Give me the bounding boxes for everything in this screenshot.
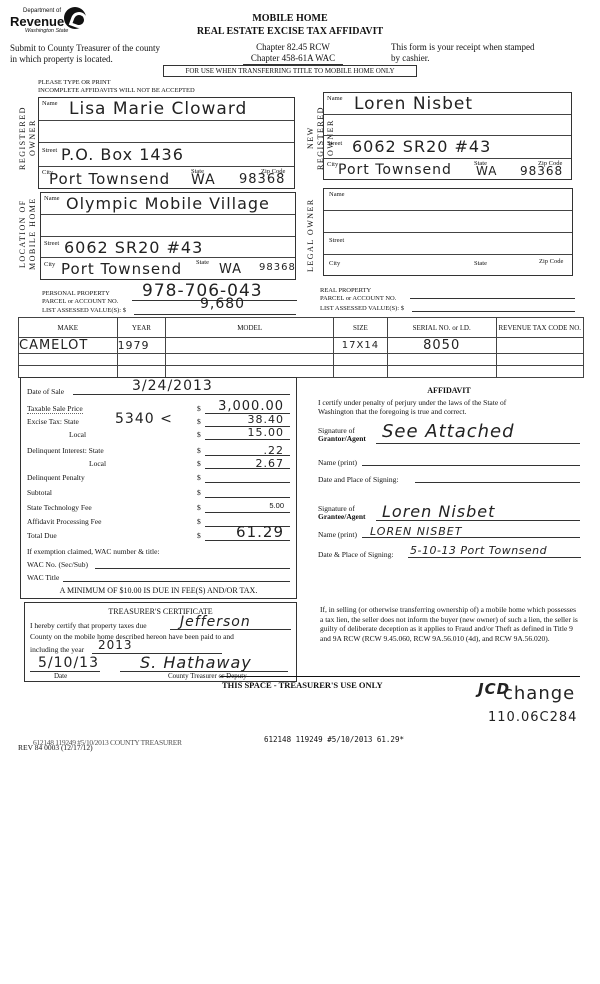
table-row <box>19 366 584 378</box>
grantee-name-value: LOREN NISBET <box>370 525 462 538</box>
grantee-date-field[interactable]: Date & Place of Signing: 5-10-13 Port To… <box>318 544 593 560</box>
county-value: Jefferson <box>180 614 251 630</box>
cell-model[interactable] <box>166 354 334 366</box>
cell-size[interactable]: 17X14 <box>333 338 387 354</box>
city-label: City <box>329 260 340 267</box>
treasurer-use-rule <box>220 676 580 677</box>
new-owner-city-field[interactable]: City Port Townsend State WA Zip Code 983… <box>324 159 571 180</box>
delinquent-penalty-row[interactable]: Delinquent Penalty $ <box>27 471 290 484</box>
submit-note-line1: Submit to County Treasurer of the county <box>10 43 160 54</box>
grantee-date-label: Date & Place of Signing: <box>318 550 393 559</box>
legal-owner-street-field[interactable]: Street <box>324 233 572 255</box>
logo-revenue-text: Revenue <box>10 14 64 29</box>
receipt-note-line2: by cashier. <box>391 53 534 64</box>
receipt-note: This form is your receipt when stamped b… <box>391 42 534 64</box>
location-name-field[interactable]: Name Olympic Mobile Village <box>41 193 295 215</box>
dollar-sign: $ <box>197 404 201 413</box>
grantee-signature-label: Signature of Grantee/Agent <box>318 505 366 521</box>
grantee-name-field[interactable]: Name (print) LOREN NISBET <box>318 526 580 540</box>
receipt-overprint: 612148 119249 #5/10/2013 COUNTY TREASURE… <box>33 738 182 747</box>
cell-revenue-code[interactable] <box>496 354 583 366</box>
cell-model[interactable] <box>166 338 334 354</box>
wac-no-value <box>95 559 290 569</box>
certify-taxes-text: I hereby certify that property taxes due <box>30 621 147 630</box>
delinquent-penalty-label: Delinquent Penalty <box>27 473 85 482</box>
cell-year[interactable]: 1979 <box>117 338 166 354</box>
parcel-label-line1: REAL PROPERTY <box>320 287 396 295</box>
dollar-sign: $ <box>197 417 201 426</box>
affidavit-certify: I certify under penalty of perjury under… <box>318 398 580 416</box>
wac-no-label: WAC No. (Sec/Sub) <box>27 560 88 569</box>
location-assessed-label: LIST ASSESSED VALUE(S): $ <box>42 307 126 314</box>
location-side-label: LOCATION OF MOBILE HOME <box>18 192 38 276</box>
dor-swoosh-icon <box>64 7 86 29</box>
cell-year[interactable] <box>117 366 166 378</box>
registered-owner-name-field[interactable]: Name Lisa Marie Cloward <box>39 98 294 121</box>
location-street: 6062 SR20 #43 <box>64 238 203 257</box>
subtotal-label: Subtotal <box>27 488 52 497</box>
name-label: Name <box>44 195 60 202</box>
legal-assessed-field[interactable] <box>412 303 575 312</box>
mobile-home-table: MAKE YEAR MODEL SIZE SERIAL NO. or I.D. … <box>18 317 584 378</box>
date-of-sale-value: 3/24/2013 <box>132 378 213 394</box>
registered-owner-name: Lisa Marie Cloward <box>69 99 247 119</box>
certify-line1: I certify under penalty of perjury under… <box>318 398 580 407</box>
treasurer-certificate-box: TREASURER'S CERTIFICATE I hereby certify… <box>24 602 297 682</box>
grantor-date-field[interactable]: Date and Place of Signing: <box>318 473 580 485</box>
table-header-row: MAKE YEAR MODEL SIZE SERIAL NO. or I.D. … <box>19 318 584 338</box>
grantor-name-value <box>362 456 580 466</box>
subtotal-value <box>205 486 290 498</box>
side-label-line1: LOCATION OF <box>18 200 27 269</box>
form-title: MOBILE HOME REAL ESTATE EXCISE TAX AFFID… <box>180 12 400 38</box>
grantor-sig-label-line2: Grantor/Agent <box>318 435 366 443</box>
dollar-sign: $ <box>197 459 201 468</box>
delinquent-interest-state-value: .22 <box>205 444 290 456</box>
location-city: Port Townsend <box>61 260 182 278</box>
location-parcel-label: PERSONAL PROPERTY PARCEL or ACCOUNT NO. <box>42 290 118 306</box>
delinquent-interest-local-label: Local <box>89 459 106 468</box>
city-label: City <box>327 161 338 168</box>
delinquent-interest-local-row[interactable]: Local $ 2.67 <box>27 457 290 470</box>
dollar-sign: $ <box>197 503 201 512</box>
new-owner-street: 6062 SR20 #43 <box>352 137 491 156</box>
side-label-line1: LEGAL OWNER <box>306 198 315 272</box>
location-city-field[interactable]: City Port Townsend State WA 98368 <box>41 258 295 280</box>
form-title-line2: REAL ESTATE EXCISE TAX AFFIDAVIT <box>180 25 400 38</box>
location-zip: 98368 <box>259 262 296 273</box>
delinquent-interest-state-row[interactable]: Delinquent Interest: State $ .22 <box>27 444 290 457</box>
new-owner-name-field[interactable]: Name Loren Nisbet <box>324 93 571 115</box>
registered-owner-street: P.O. Box 1436 <box>61 145 184 164</box>
new-owner-street-field[interactable]: Street 6062 SR20 #43 <box>324 136 571 159</box>
grantor-name-field[interactable]: Name (print) <box>318 456 580 468</box>
parcel-label-line2: PARCEL or ACCOUNT NO. <box>42 298 118 306</box>
year-value: 2013 <box>98 638 133 652</box>
parcel-label-line2: PARCEL or ACCOUNT NO. <box>320 295 396 303</box>
grantor-signature-field[interactable]: Signature of Grantor/Agent See Attached <box>318 423 580 445</box>
excise-tax-local-value: 15.00 <box>205 428 290 440</box>
grantee-name-label: Name (print) <box>318 530 357 539</box>
street-label: Street <box>42 147 57 154</box>
delinquent-interest-state-label: Delinquent Interest: State <box>27 446 104 455</box>
dollar-sign: $ <box>197 446 201 455</box>
dollar-sign: $ <box>197 473 201 482</box>
financial-box: Date of Sale 3/24/2013 Taxable Sale Pric… <box>20 377 297 599</box>
dollar-sign: $ <box>197 488 201 497</box>
legal-parcel-field[interactable] <box>410 290 575 299</box>
taxable-sale-price-label: Taxable Sale Price <box>27 404 83 414</box>
instruction-incomplete: INCOMPLETE AFFIDAVITS WILL NOT BE ACCEPT… <box>38 87 195 95</box>
new-owner-box: Name Loren Nisbet Street 6062 SR20 #43 C… <box>323 92 572 180</box>
col-serial: SERIAL NO. or I.D. <box>387 318 496 338</box>
excise-tax-state-label: Excise Tax: State <box>27 417 79 426</box>
cell-year[interactable] <box>117 354 166 366</box>
city-label: City <box>44 261 55 268</box>
cell-serial[interactable] <box>387 366 496 378</box>
location-name: Olympic Mobile Village <box>66 194 270 213</box>
excise-tax-local-label: Local <box>69 430 86 439</box>
wac-title-label: WAC Title <box>27 573 59 582</box>
chapter-wac: Chapter 458-61A WAC <box>243 53 343 65</box>
name-label: Name <box>327 95 343 102</box>
grantor-signature: See Attached <box>382 421 515 442</box>
registered-owner-box: Name Lisa Marie Cloward Street P.O. Box … <box>38 97 295 189</box>
transfer-banner: FOR USE WHEN TRANSFERRING TITLE TO MOBIL… <box>163 65 417 77</box>
cell-size[interactable] <box>333 354 387 366</box>
state-technology-fee-value: 5.00 <box>205 501 290 513</box>
logo-state-text: Washington State <box>25 28 68 34</box>
grantor-date-label: Date and Place of Signing: <box>318 475 398 484</box>
cell-make[interactable]: CAMELOT <box>19 338 118 354</box>
registered-owner-city-field[interactable]: City Port Townsend State WA Zip Code 983… <box>39 167 294 189</box>
treasurer-note-code: 110.06C284 <box>488 710 577 725</box>
instruction-type-print: PLEASE TYPE OR PRINT <box>38 79 195 87</box>
dollar-sign: $ <box>197 531 201 540</box>
excise-tax-local-row[interactable]: Local $ 15.00 <box>27 428 290 441</box>
name-label: Name <box>42 100 58 107</box>
location-name-line2[interactable] <box>41 215 295 237</box>
treasurer-note-change: change <box>503 683 575 704</box>
cell-make[interactable] <box>19 366 118 378</box>
submit-note-line2: in which property is located. <box>10 54 160 65</box>
state-label: State <box>196 259 209 266</box>
instructions: PLEASE TYPE OR PRINT INCOMPLETE AFFIDAVI… <box>38 79 195 95</box>
legal-owner-box: Name Street City State Zip Code <box>323 188 573 276</box>
wac-no-field[interactable]: WAC No. (Sec/Sub) <box>27 559 290 571</box>
chapter-rcw: Chapter 82.45 RCW <box>243 42 343 53</box>
dollar-sign: $ <box>197 430 201 439</box>
col-model: MODEL <box>166 318 334 338</box>
street-label: Street <box>44 240 59 247</box>
side-label-line1: REGISTERED <box>18 106 27 170</box>
tax-code-handwritten-note: 5340 < <box>115 411 173 427</box>
legal-owner-city-field[interactable]: City State Zip Code <box>324 255 572 276</box>
col-make: MAKE <box>19 318 118 338</box>
registered-owner-name-line2[interactable] <box>39 121 294 143</box>
including-year-text: including the year <box>30 645 84 654</box>
cell-serial[interactable]: 8050 <box>387 338 496 354</box>
subtotal-row[interactable]: Subtotal $ <box>27 486 290 499</box>
total-due-row[interactable]: Total Due $ 61.29 <box>27 529 290 542</box>
col-year: YEAR <box>117 318 166 338</box>
wac-title-value <box>63 572 290 582</box>
treasurer-signature: S. Hathaway <box>140 653 252 672</box>
date-of-sale-field[interactable]: Date of Sale 3/24/2013 <box>27 382 290 396</box>
treasurer-use-label: THIS SPACE - TREASURER'S USE ONLY <box>222 680 383 690</box>
cell-make[interactable] <box>19 354 118 366</box>
state-technology-fee-row[interactable]: State Technology Fee $ 5.00 <box>27 501 290 514</box>
treasurer-date-field[interactable]: 5/10/13 Date <box>30 657 100 679</box>
tax-lien-notice: If, in selling (or otherwise transferrin… <box>320 605 580 643</box>
legal-assessed-label: LIST ASSESSED VALUE(S): $ <box>320 305 404 312</box>
name-label: Name <box>329 191 345 198</box>
grantee-date-value: 5-10-13 Port Townsend <box>410 544 547 557</box>
receipt-note-line1: This form is your receipt when stamped <box>391 42 534 53</box>
delinquent-penalty-value <box>205 471 290 483</box>
wac-title-field[interactable]: WAC Title <box>27 572 290 584</box>
location-street-field[interactable]: Street 6062 SR20 #43 <box>41 237 295 258</box>
grantor-name-label: Name (print) <box>318 458 357 467</box>
table-row <box>19 354 584 366</box>
street-label: Street <box>327 140 342 147</box>
new-owner-state: WA <box>476 164 497 178</box>
form-title-line1: MOBILE HOME <box>180 12 400 25</box>
total-due-label: Total Due <box>27 531 57 540</box>
treasurer-date-label: Date <box>54 672 67 680</box>
side-label-line2: MOBILE HOME <box>28 198 37 271</box>
registered-owner-street-field[interactable]: Street P.O. Box 1436 <box>39 143 294 167</box>
grantee-sig-label-line2: Grantee/Agent <box>318 513 366 521</box>
table-row: CAMELOT 1979 17X14 8050 <box>19 338 584 354</box>
zip-label: Zip Code <box>539 258 563 265</box>
delinquent-interest-local-value: 2.67 <box>205 457 290 469</box>
grantee-signature-field[interactable]: Signature of Grantee/Agent Loren Nisbet <box>318 498 580 522</box>
side-label-line2: OWNER <box>28 120 37 157</box>
new-owner-city: Port Townsend <box>338 162 452 178</box>
legal-owner-side-label: LEGAL OWNER <box>306 195 316 275</box>
county-field[interactable]: I hereby certify that property taxes due… <box>30 619 291 631</box>
cell-revenue-code[interactable] <box>496 338 583 354</box>
submit-note: Submit to County Treasurer of the county… <box>10 43 160 65</box>
legal-parcel-label: REAL PROPERTY PARCEL or ACCOUNT NO. <box>320 287 396 303</box>
state-technology-fee-label: State Technology Fee <box>27 503 92 512</box>
state-label: State <box>474 260 487 267</box>
location-assessed-value: 9,680 <box>200 296 245 312</box>
date-of-sale-label: Date of Sale <box>27 387 64 396</box>
col-size: SIZE <box>333 318 387 338</box>
affidavit-processing-fee-label: Affidavit Processing Fee <box>27 517 101 526</box>
registered-owner-city: Port Townsend <box>49 170 170 188</box>
cell-serial[interactable] <box>387 354 496 366</box>
total-due-value: 61.29 <box>205 529 290 541</box>
certify-line2: Washington that the foregoing is true an… <box>318 407 580 416</box>
grantor-signature-label: Signature of Grantor/Agent <box>318 427 366 443</box>
chapter-refs: Chapter 82.45 RCW Chapter 458-61A WAC <box>243 42 343 65</box>
affidavit-section: AFFIDAVIT I certify under penalty of per… <box>318 386 580 416</box>
location-state: WA <box>219 262 242 277</box>
street-label: Street <box>329 237 344 244</box>
cell-revenue-code[interactable] <box>496 366 583 378</box>
registered-owner-zip: 98368 <box>239 172 285 187</box>
location-box: Name Olympic Mobile Village Street 6062 … <box>40 192 296 280</box>
new-owner-name-line2[interactable] <box>324 115 571 136</box>
treasurer-certificate-title: TREASURER'S CERTIFICATE <box>25 607 296 616</box>
cell-model[interactable] <box>166 366 334 378</box>
parcel-label-line1: PERSONAL PROPERTY <box>42 290 118 298</box>
registered-owner-side-label: REGISTERED OWNER <box>18 98 38 178</box>
dollar-sign: $ <box>197 517 201 526</box>
grantee-signature: Loren Nisbet <box>382 502 495 521</box>
cell-size[interactable] <box>333 366 387 378</box>
legal-owner-name-line2[interactable] <box>324 211 572 233</box>
location-assessed-field[interactable]: 9,680 <box>134 304 296 315</box>
cashier-stamp: 612148 119249 #5/10/2013 61.29* <box>264 735 404 744</box>
col-revenue-code: REVENUE TAX CODE NO. <box>496 318 583 338</box>
affidavit-title: AFFIDAVIT <box>318 386 580 395</box>
treasurer-date-value: 5/10/13 <box>38 655 99 671</box>
legal-owner-name-field[interactable]: Name <box>324 189 572 211</box>
grantor-date-value <box>415 473 580 483</box>
new-owner-name: Loren Nisbet <box>354 94 473 114</box>
registered-owner-state: WA <box>191 172 216 188</box>
minimum-due-note: A MINIMUM OF $10.00 IS DUE IN FEE(S) AND… <box>21 586 296 595</box>
new-owner-zip: 98368 <box>520 164 563 178</box>
exemption-label: If exemption claimed, WAC number & title… <box>27 547 160 556</box>
